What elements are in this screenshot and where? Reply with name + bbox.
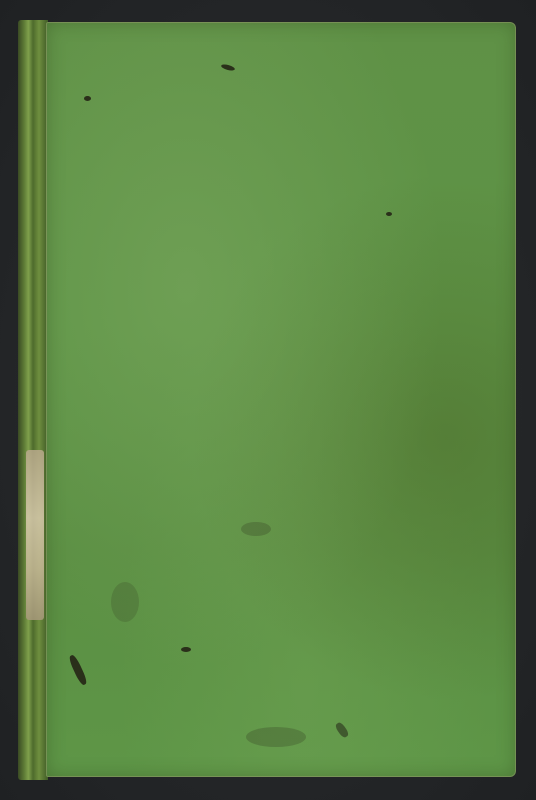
book-front-cover — [46, 22, 516, 777]
book-spine — [18, 20, 48, 780]
stain — [84, 96, 91, 101]
stain — [334, 721, 350, 739]
stain — [386, 212, 392, 216]
stain — [111, 582, 139, 622]
spine-worn-patch — [26, 450, 44, 620]
stain — [246, 727, 306, 747]
book — [18, 20, 516, 780]
stain — [221, 63, 236, 71]
stain — [181, 647, 191, 652]
stain — [68, 654, 89, 686]
stain — [241, 522, 271, 536]
